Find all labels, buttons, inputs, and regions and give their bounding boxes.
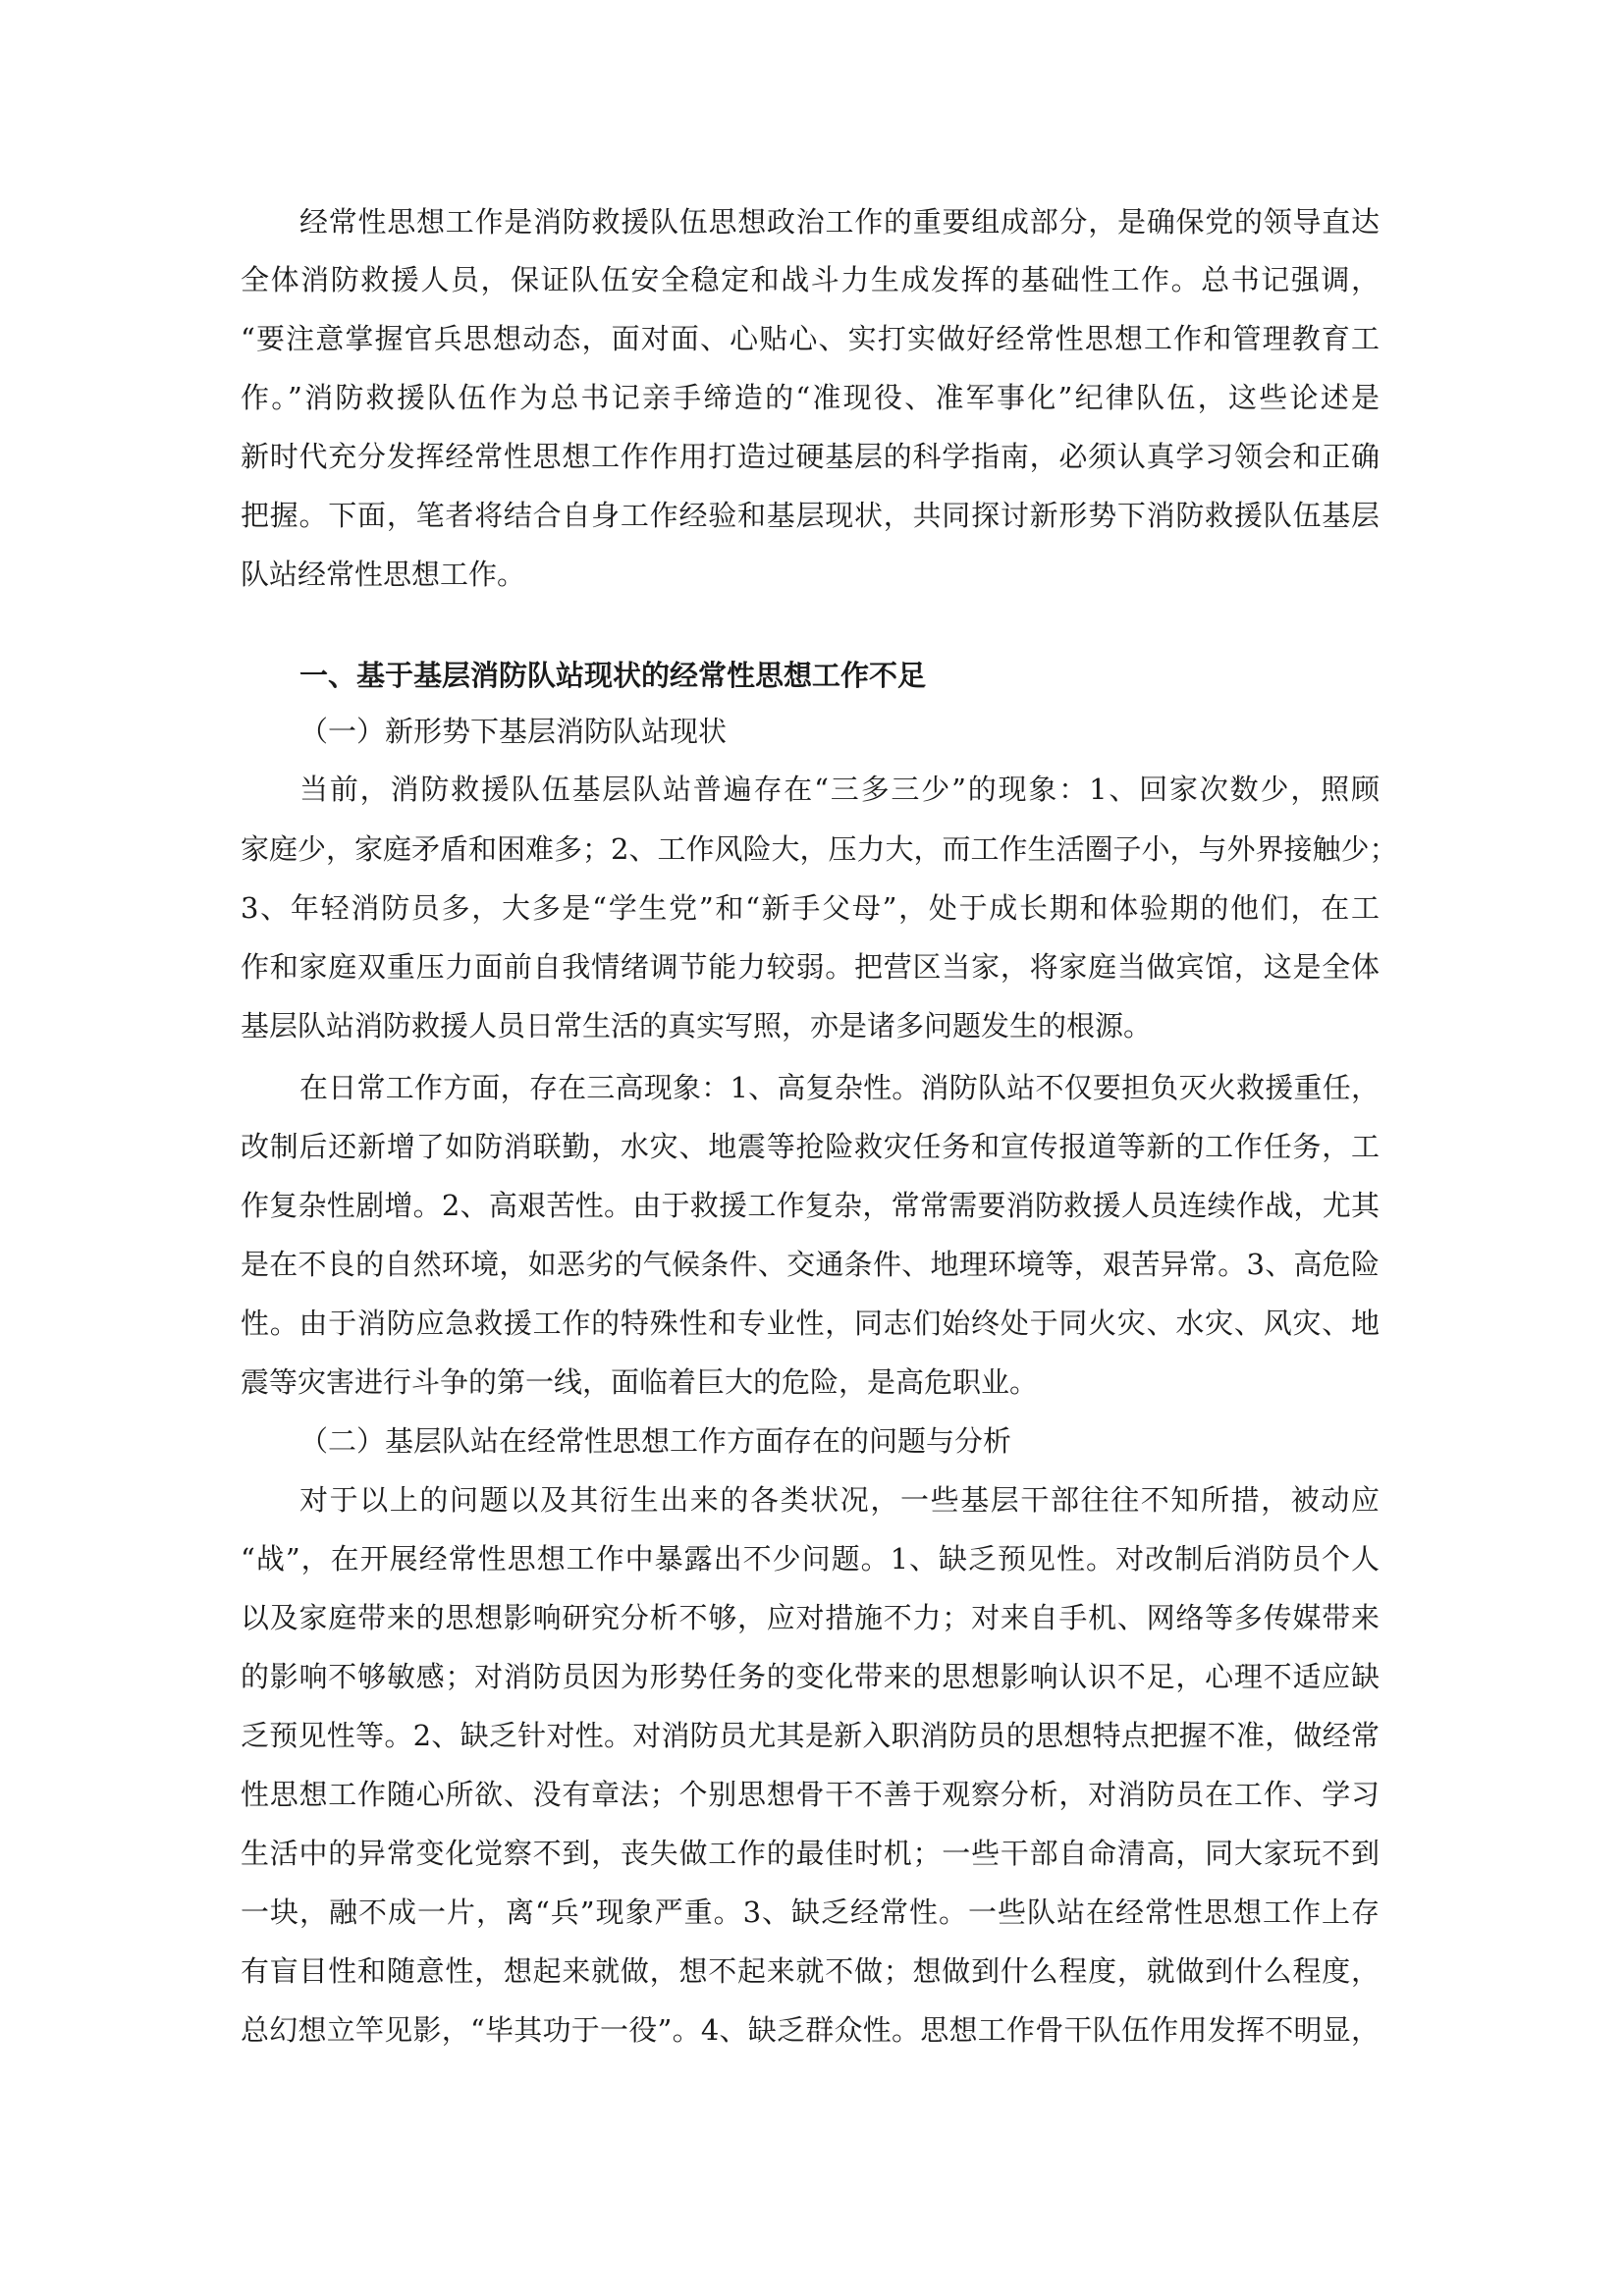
paragraph-line: 当前，消防救援队伍基层队站普遍存在“三多三少”的现象：1、回家次数少，照顾 xyxy=(299,770,1380,809)
section-heading: 一、基于基层消防队站现状的经常性思想工作不足 xyxy=(299,656,1380,695)
paragraph-line: 总幻想立竿见影，“毕其功于一役”。4、缺乏群众性。思想工作骨干队伍作用发挥不明显… xyxy=(241,2010,1380,2050)
paragraph-line: 作。”消防救援队伍作为总书记亲手缔造的“准现役、准军事化”纪律队伍，这些论述是 xyxy=(241,378,1380,417)
paragraph-line: 一块，融不成一片，离“兵”现象严重。3、缺乏经常性。一些队站在经常性思想工作上存 xyxy=(241,1893,1380,1932)
subsection-heading: （二）基层队站在经常性思想工作方面存在的问题与分析 xyxy=(299,1421,1380,1461)
paragraph-line: 在日常工作方面，存在三高现象：1、高复杂性。消防队站不仅要担负灭火救援重任， xyxy=(299,1068,1380,1107)
paragraph-line: 3、年轻消防员多，大多是“学生党”和“新手父母”，处于成长期和体验期的他们，在工 xyxy=(241,888,1380,928)
subsection-heading: （一）新形势下基层消防队站现状 xyxy=(299,712,1380,751)
paragraph-line: 是在不良的自然环境，如恶劣的气候条件、交通条件、地理环境等，艰苦异常。3、高危险 xyxy=(241,1245,1380,1284)
paragraph-line: 把握。下面，笔者将结合自身工作经验和基层现状，共同探讨新形势下消防救援队伍基层 xyxy=(241,496,1380,535)
paragraph-line: 作复杂性剧增。2、高艰苦性。由于救援工作复杂，常常需要消防救援人员连续作战，尤其 xyxy=(241,1186,1380,1225)
paragraph-line: 乏预见性等。2、缺乏针对性。对消防员尤其是新入职消防员的思想特点把握不准，做经常 xyxy=(241,1716,1380,1755)
paragraph-line: 的影响不够敏感；对消防员因为形势任务的变化带来的思想影响认识不足，心理不适应缺 xyxy=(241,1657,1380,1696)
paragraph-line: 基层队站消防救援人员日常生活的真实写照，亦是诸多问题发生的根源。 xyxy=(241,1006,1380,1045)
document-page: 经常性思想工作是消防救援队伍思想政治工作的重要组成部分，是确保党的领导直达 全体… xyxy=(0,0,1624,2296)
paragraph-line: 震等灾害进行斗争的第一线，面临着巨大的危险，是高危职业。 xyxy=(241,1362,1380,1402)
paragraph-line: 经常性思想工作是消防救援队伍思想政治工作的重要组成部分，是确保党的领导直达 xyxy=(299,202,1380,241)
paragraph-line: 新时代充分发挥经常性思想工作作用打造过硬基层的科学指南，必须认真学习领会和正确 xyxy=(241,437,1380,476)
paragraph-line: 改制后还新增了如防消联勤，水灾、地震等抢险救灾任务和宣传报道等新的工作任务，工 xyxy=(241,1127,1380,1166)
paragraph-line: 对于以上的问题以及其衍生出来的各类状况，一些基层干部往往不知所措，被动应 xyxy=(299,1480,1380,1520)
paragraph-line: 有盲目性和随意性，想起来就做，想不起来就不做；想做到什么程度，就做到什么程度， xyxy=(241,1951,1380,1991)
paragraph-line: 作和家庭双重压力面前自我情绪调节能力较弱。把营区当家，将家庭当做宾馆，这是全体 xyxy=(241,947,1380,987)
paragraph-line: 家庭少，家庭矛盾和困难多；2、工作风险大，压力大，而工作生活圈子小，与外界接触少… xyxy=(241,829,1380,869)
paragraph-line: “要注意掌握官兵思想动态，面对面、心贴心、实打实做好经常性思想工作和管理教育工 xyxy=(241,319,1380,358)
paragraph-line: 生活中的异常变化觉察不到，丧失做工作的最佳时机；一些干部自命清高，同大家玩不到 xyxy=(241,1834,1380,1873)
paragraph-line: 以及家庭带来的思想影响研究分析不够，应对措施不力；对来自手机、网络等多传媒带来 xyxy=(241,1598,1380,1637)
paragraph-line: “战”，在开展经常性思想工作中暴露出不少问题。1、缺乏预见性。对改制后消防员个人 xyxy=(241,1539,1380,1578)
paragraph-line: 全体消防救援人员，保证队伍安全稳定和战斗力生成发挥的基础性工作。总书记强调， xyxy=(241,260,1380,299)
paragraph-line: 性。由于消防应急救援工作的特殊性和专业性，同志们始终处于同火灾、水灾、风灾、地 xyxy=(241,1304,1380,1343)
paragraph-line: 性思想工作随心所欲、没有章法；个别思想骨干不善于观察分析，对消防员在工作、学习 xyxy=(241,1775,1380,1814)
paragraph-line: 队站经常性思想工作。 xyxy=(241,555,1380,594)
